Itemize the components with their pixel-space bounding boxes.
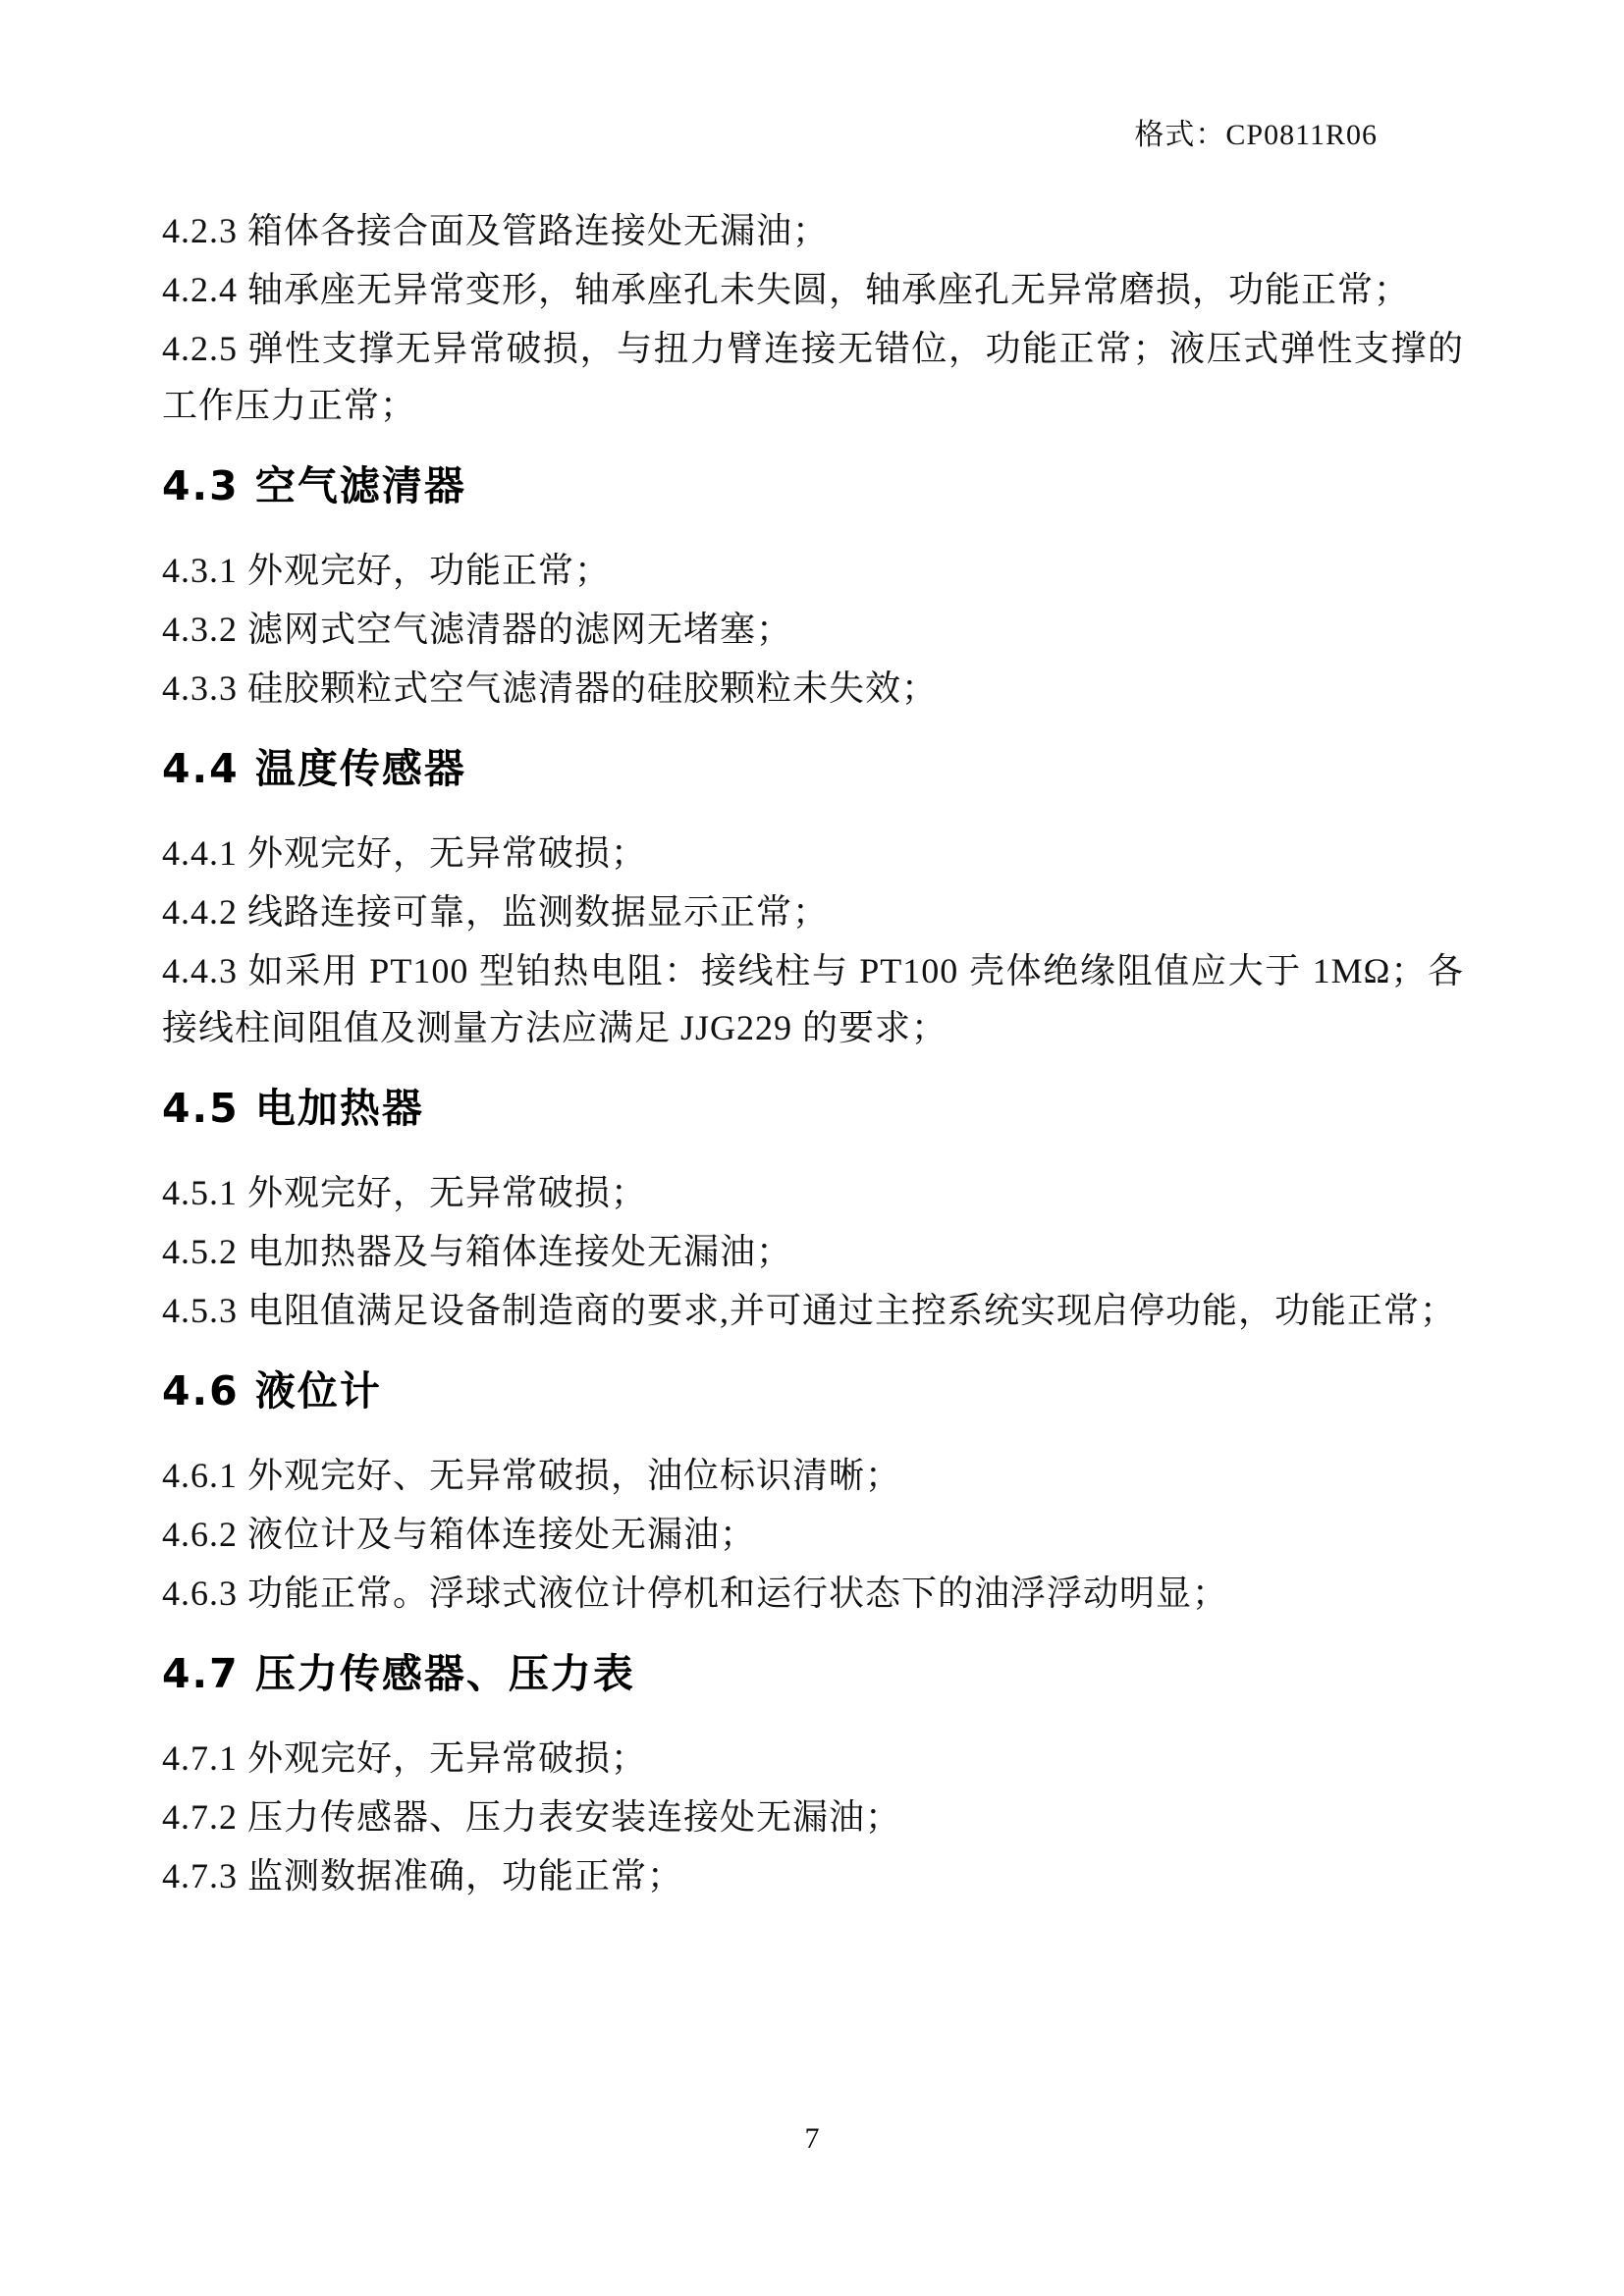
document-body: 4.2.3 箱体各接合面及管路连接处无漏油； 4.2.4 轴承座无异常变形，轴承…: [162, 202, 1464, 1906]
item-4-5-3: 4.5.3 电阻值满足设备制造商的要求,并可通过主控系统实现启停功能，功能正常；: [162, 1282, 1464, 1339]
format-code-label: 格式：CP0811R06: [1134, 118, 1378, 153]
item-4-6-3: 4.6.3 功能正常。浮球式液位计停机和运行状态下的油浮浮动明显；: [162, 1565, 1464, 1622]
item-4-4-2: 4.4.2 线路连接可靠，监测数据显示正常；: [162, 883, 1464, 940]
heading-4-7: 4.7 压力传感器、压力表: [162, 1649, 1464, 1698]
item-4-2-4: 4.2.4 轴承座无异常变形，轴承座孔未失圆，轴承座孔无异常磨损，功能正常；: [162, 261, 1464, 318]
item-4-3-1: 4.3.1 外观完好，功能正常；: [162, 542, 1464, 599]
item-4-3-3: 4.3.3 硅胶颗粒式空气滤清器的硅胶颗粒未失效；: [162, 660, 1464, 717]
item-4-4-1: 4.4.1 外观完好，无异常破损；: [162, 825, 1464, 881]
item-4-7-2: 4.7.2 压力传感器、压力表安装连接处无漏油；: [162, 1789, 1464, 1845]
document-page: 格式：CP0811R06 4.2.3 箱体各接合面及管路连接处无漏油； 4.2.…: [0, 0, 1624, 2296]
item-4-5-1: 4.5.1 外观完好，无异常破损；: [162, 1164, 1464, 1221]
item-4-7-3: 4.7.3 监测数据准确，功能正常；: [162, 1847, 1464, 1904]
page-number: 7: [0, 2122, 1624, 2156]
heading-4-6: 4.6 液位计: [162, 1366, 1464, 1415]
item-4-2-5: 4.2.5 弹性支撑无异常破损，与扭力臂连接无错位，功能正常；液压式弹性支撑的工…: [162, 320, 1464, 434]
heading-4-4: 4.4 温度传感器: [162, 744, 1464, 793]
item-4-2-3: 4.2.3 箱体各接合面及管路连接处无漏油；: [162, 202, 1464, 259]
heading-4-5: 4.5 电加热器: [162, 1084, 1464, 1133]
item-4-4-3: 4.4.3 如采用 PT100 型铂热电阻：接线柱与 PT100 壳体绝缘阻值应…: [162, 942, 1464, 1056]
item-4-6-1: 4.6.1 外观完好、无异常破损，油位标识清晰；: [162, 1447, 1464, 1504]
item-4-5-2: 4.5.2 电加热器及与箱体连接处无漏油；: [162, 1223, 1464, 1280]
item-4-7-1: 4.7.1 外观完好，无异常破损；: [162, 1730, 1464, 1787]
item-4-3-2: 4.3.2 滤网式空气滤清器的滤网无堵塞；: [162, 601, 1464, 658]
heading-4-3: 4.3 空气滤清器: [162, 461, 1464, 510]
item-4-6-2: 4.6.2 液位计及与箱体连接处无漏油；: [162, 1506, 1464, 1563]
